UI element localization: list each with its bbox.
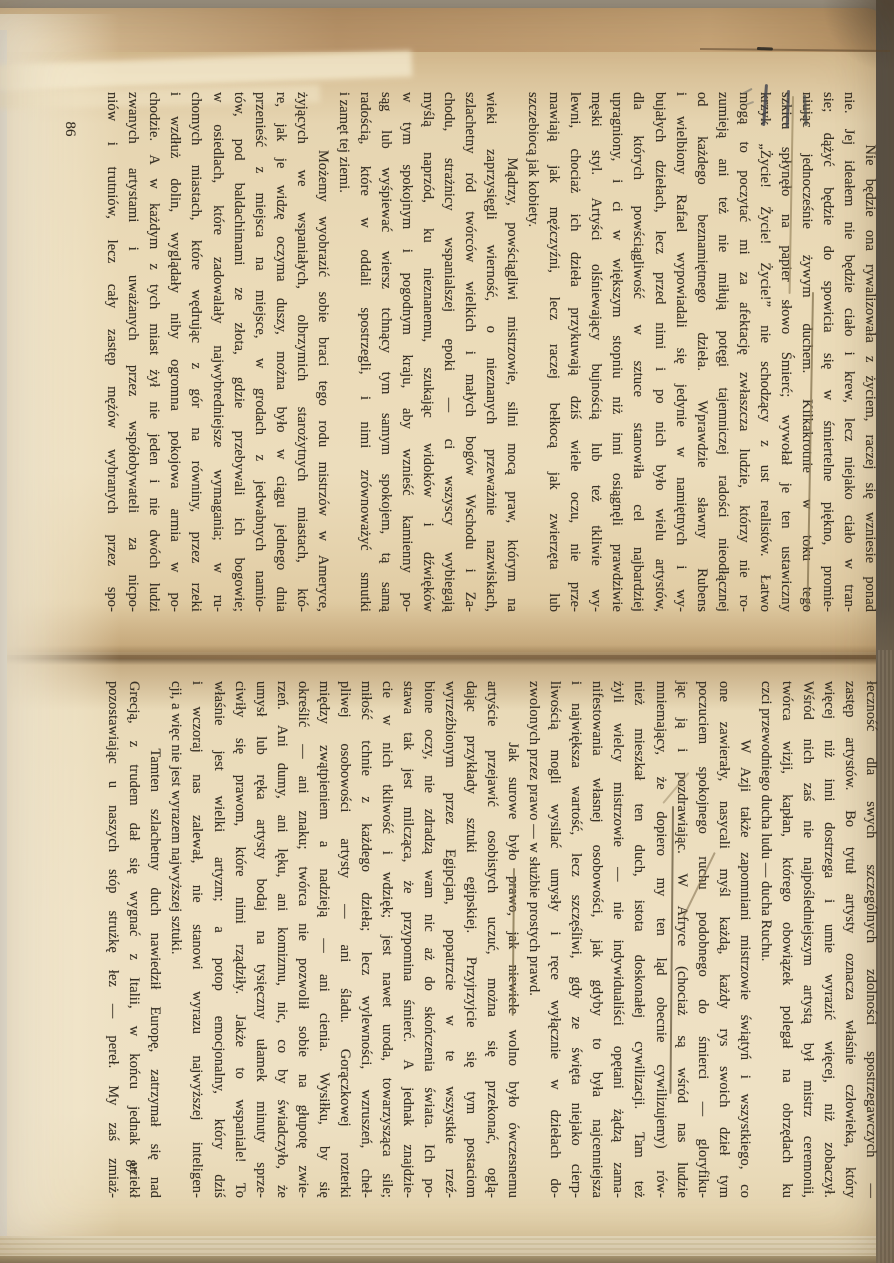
- text-line: nifestowania własnej osobowości, jak gdy…: [586, 681, 607, 1198]
- text-line: łeczność dla swych szczególnych zdolnośc…: [860, 681, 881, 1198]
- text-line: mogą to poczytać mi za afektację zwłaszc…: [733, 92, 754, 612]
- page-86-text: Nie będzie ona rywalizowała z życiem, ra…: [101, 92, 880, 612]
- text-line: upragniony, i ci w większym stopniu niż …: [606, 92, 627, 612]
- text-line: Nie będzie ona rywalizowała z życiem, ra…: [859, 92, 880, 612]
- text-line: niów i trutniów, lecz cały zastęp mężów …: [101, 92, 122, 612]
- text-line: chodzie. A w każdym z tych miast żył nie…: [143, 92, 164, 612]
- text-line: mawiają jak mężczyźni, lecz raczej bełko…: [543, 92, 564, 612]
- corner-shadow: [820, 0, 894, 70]
- text-line: czci przewodniego ducha ludu — ducha Ruc…: [755, 681, 776, 1198]
- text-line: cji, a więc nie jest wyrazem najwyższej …: [165, 681, 186, 1198]
- text-line: Mądrzy, powściągliwi mistrzowie, silni m…: [501, 92, 522, 612]
- text-line: i wielbiony Rafael wypowiadali się jedyn…: [670, 92, 691, 612]
- scan-bottom-border: [0, 1256, 894, 1263]
- text-line: sąg lub wyśpiewać wiersz tchnący tym sam…: [375, 92, 396, 612]
- text-line: męski styl. Artyści olśniewający bujnośc…: [585, 92, 606, 612]
- text-line: wieki zaprzysięgli wierność, o nieznanyc…: [480, 92, 501, 612]
- text-line: wyrzeźbionym przez Egipcjan, popatrzcie …: [439, 681, 460, 1198]
- page-87-text: łeczność dla swych szczególnych zdolnośc…: [102, 681, 881, 1198]
- text-line: Jak surowe było prawo, jak niewiele woln…: [502, 681, 523, 1198]
- text-line: lewni, chociaż ich dzieła przykuwają dzi…: [564, 92, 585, 612]
- text-line: między zwątpieniem a nadzieją — ani cien…: [313, 681, 334, 1198]
- text-line: szlachetny ród twórców wielkich i małych…: [459, 92, 480, 612]
- text-line: i wczoraj nas zalewał, nie stanowi wyraz…: [186, 681, 207, 1198]
- text-line: i największa wartość, lecz szczęśliwi, g…: [565, 681, 586, 1198]
- text-line: i wzdłuż dolin, wyglądały niby ogromna p…: [164, 92, 185, 612]
- text-line: zwolonych przez prawo — w służbie prosty…: [523, 681, 544, 1198]
- text-line: twórca wizji, kapłan, którego obowiązek …: [776, 681, 797, 1198]
- text-line: więcej niż inni dostrzega i umie wyrazić…: [818, 681, 839, 1198]
- text-line: rzeń. Ani dumy, ani lęku, ani komizmu, n…: [271, 681, 292, 1198]
- text-line: Grecją, z trudem dał się wygnać z Italii…: [123, 681, 144, 1198]
- text-line: dla których powściągliwość w sztuce stan…: [627, 92, 648, 612]
- text-line: zastęp artystów. Bo tytuł artysty oznacz…: [839, 681, 860, 1198]
- text-line: W Azji także zapomniani mistrzowie świąt…: [734, 681, 755, 1198]
- text-line: od każdego beznamiętnego dzieła. Wprawdz…: [691, 92, 712, 612]
- text-line: bione oczy, nie zdradzą wam nic aż do sk…: [418, 681, 439, 1198]
- text-line: Wśród nich zaś nie najpośledniejszym art…: [797, 681, 818, 1198]
- text-line: w osiedlach, które zadowalały najwybredn…: [207, 92, 228, 612]
- text-line: radością, które w oddali spostrzegli, i …: [354, 92, 375, 612]
- text-line: żyli wielcy mistrzowie — nie indywiduali…: [607, 681, 628, 1198]
- text-line: szkicu spłynęło na papier słowo Śmierć; …: [775, 92, 796, 612]
- text-line: jąc ją i pozdrawiając. W Afryce (chociaż…: [671, 681, 692, 1198]
- text-line: ciwiły się prawom, które nimi rządziły. …: [229, 681, 250, 1198]
- scan-left-border: [0, 30, 7, 1250]
- text-line: myślą naprzód, ku nieznanemu, szukając w…: [417, 92, 438, 612]
- text-line: poczuciem spokojnego ruchu podobnego do …: [692, 681, 713, 1198]
- text-line: w tym spokojnym i pogodnym kraju, aby wz…: [396, 92, 417, 612]
- text-line: tów, pod baldachimami ze złota, gdzie pr…: [228, 92, 249, 612]
- page-number-86: 86: [60, 114, 80, 144]
- text-line: one zawierały, nasycali myśl każdą, każd…: [713, 681, 734, 1198]
- text-line: i zamęt tej ziemi.: [333, 92, 354, 612]
- book-gutter-fold: [0, 655, 894, 659]
- scanned-book-spread: Nie będzie ona rywalizowała z życiem, ra…: [0, 0, 894, 1263]
- text-line: szczebiocą jak kobiety.: [522, 92, 543, 612]
- text-line: stawa tak jest milcząca, że przypomina ś…: [397, 681, 418, 1198]
- text-line: miłość tchnie z każdego dzieła; lecz wyl…: [355, 681, 376, 1198]
- text-line: liwością mogli wysilać umysły i ręce wył…: [544, 681, 565, 1198]
- text-line: dając przykłady sztuki egipskiej. Przyjr…: [460, 681, 481, 1198]
- text-line: re, jak je widzę oczyma duszy, można był…: [270, 92, 291, 612]
- text-line: chodu, strażnicy wspanialszej epoki — ci…: [438, 92, 459, 612]
- text-line: chomych miastach, które wędrując z gór n…: [185, 92, 206, 612]
- text-line: niując jednocześnie żywym duchem. Kilkak…: [796, 92, 817, 612]
- text-line: Tamten szlachetny duch nawiedził Europę,…: [144, 681, 165, 1198]
- text-line: nie. Jej ideałem nie będzie ciało i krew…: [838, 92, 859, 612]
- text-line: pozostawiając u naszych stóp strużkę łez…: [102, 681, 123, 1198]
- text-line: bujałych dziełach, lecz przed nimi i po …: [648, 92, 669, 612]
- text-line: właśnie jest wielki artyzm; a potop emoc…: [208, 681, 229, 1198]
- text-line: zumieją ani też nie miłują potęgi tajemn…: [712, 92, 733, 612]
- text-line: nież mieszkał ten duch, istota doskonałe…: [628, 681, 649, 1198]
- text-line: artyście przejawić osobistych uczuć, moż…: [481, 681, 502, 1198]
- text-line: cie w nich tkliwość i wdzięk; jest nawet…: [376, 681, 397, 1198]
- text-line: przenieść z miejsca na miejsce, w grodac…: [249, 92, 270, 612]
- text-line: krzyk „Życie! Życie! Życie!” nie schodzą…: [754, 92, 775, 612]
- text-line: sie; dążyć będzie do spowicia się w śmie…: [817, 92, 838, 612]
- text-line: umysł lub ręka artysty bodaj na tysięczn…: [250, 681, 271, 1198]
- text-line: określić — ani znaku; twórca nie pozwoli…: [292, 681, 313, 1198]
- text-line: mniemający, że dopiero my ten ląd obecni…: [649, 681, 670, 1198]
- text-line: Możemy wyobrazić sobie braci tego rodu m…: [312, 92, 333, 612]
- page-number-87: 87: [120, 1152, 140, 1182]
- text-line: żyjących we wspaniałych, olbrzymich star…: [291, 92, 312, 612]
- text-line: zwanych artystami i uważanych przez wspó…: [122, 92, 143, 612]
- text-line: pliwej osobowości artysty — ani śladu. G…: [334, 681, 355, 1198]
